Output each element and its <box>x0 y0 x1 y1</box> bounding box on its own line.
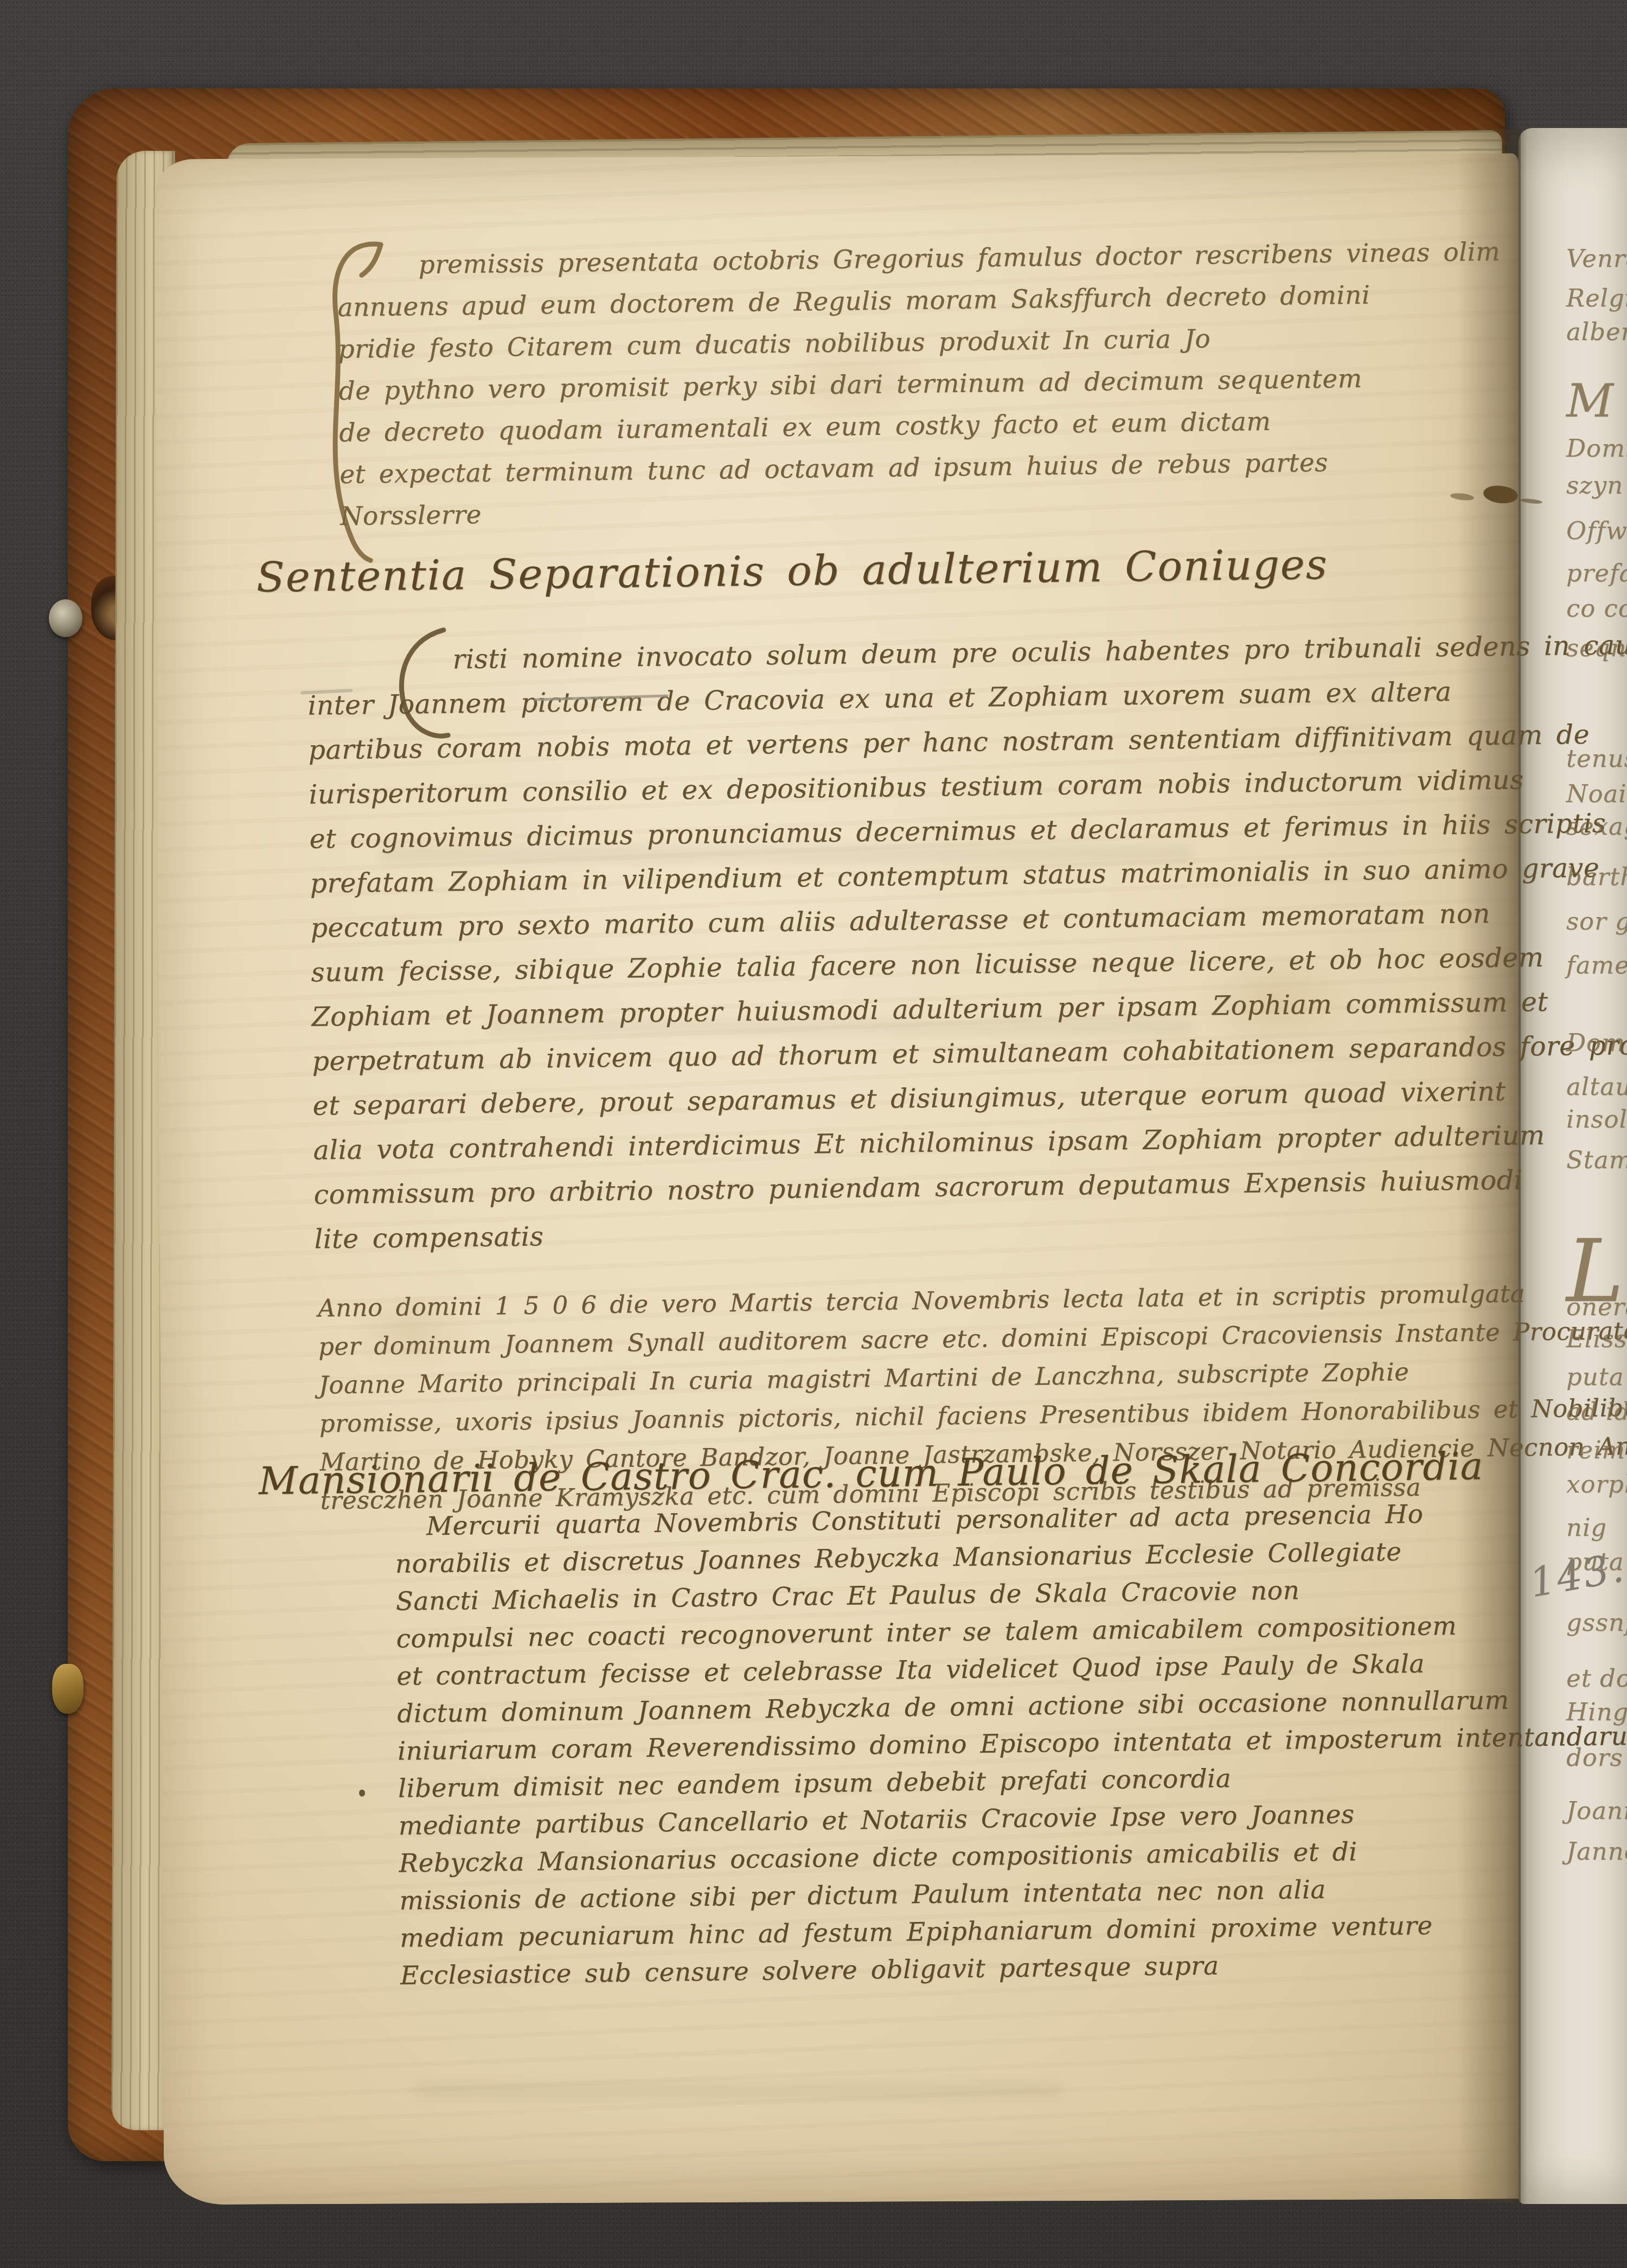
ink-showthrough <box>488 1020 1193 1034</box>
left-page <box>155 153 1527 2205</box>
ink-showthrough <box>380 846 1193 862</box>
ink-showthrough <box>412 2083 1063 2099</box>
book-clasp-pin <box>49 599 82 637</box>
archival-photo-background: premissis presentata octobris Gregorius … <box>0 0 1627 2268</box>
right-page-edge <box>1519 128 1627 2204</box>
book-clasp-fitting <box>52 1664 84 1714</box>
gutter-shadow <box>1458 129 1521 2203</box>
